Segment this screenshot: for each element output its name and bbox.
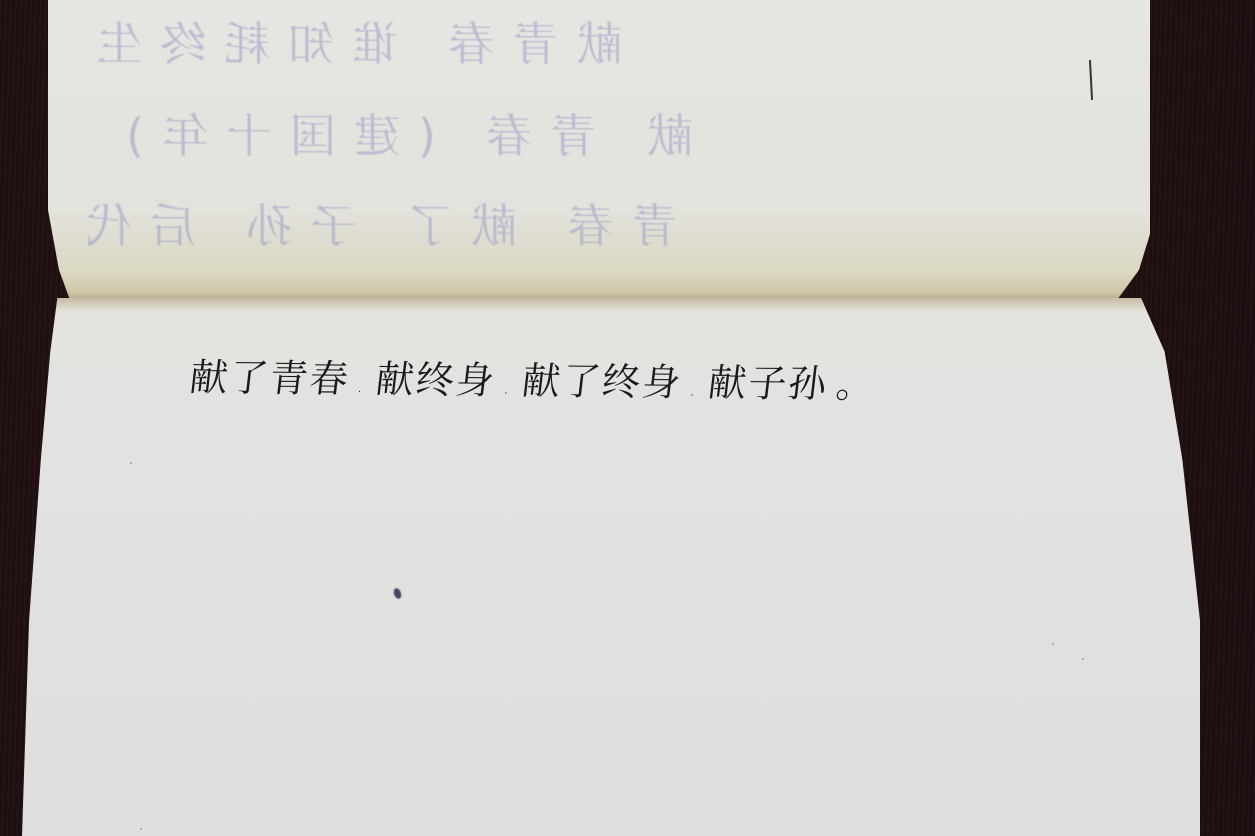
bleed-line-2: 献 青春 (建国十年) <box>108 100 693 166</box>
bleed-line-1: 献青春 谁知耗终生 <box>78 8 623 74</box>
paper-speck <box>140 828 142 830</box>
handwritten-line: 献了青春·献终身·献了终身·献子孙。 <box>187 346 888 408</box>
facing-page: 献青春 谁知耗终生 献 青春 (建国十年) 青春 献了 子孙 后代 <box>48 0 1150 300</box>
separator-dot: · <box>355 379 366 403</box>
paper-speck <box>130 462 132 464</box>
notebook-page: 献了青春·献终身·献了终身·献子孙。 <box>22 298 1200 836</box>
handwriting-segment-3: 献了终身 <box>520 350 686 407</box>
gutter-shadow <box>22 298 1200 312</box>
bleed-through-text: 献青春 谁知耗终生 献 青春 (建国十年) 青春 献了 子孙 后代 <box>48 0 1150 300</box>
separator-dot: · <box>501 381 512 405</box>
end-mark: 。 <box>834 353 880 408</box>
ink-dot <box>392 587 402 600</box>
paper-speck <box>1082 658 1084 660</box>
bleed-line-3: 青春 献了 子孙 后代 <box>68 190 678 256</box>
handwriting-segment-4: 献子孙 <box>706 352 832 408</box>
page-curl-shadow <box>48 272 1150 300</box>
handwriting-segment-1: 献了青春 <box>187 346 353 403</box>
handwriting-segment-2: 献终身 <box>373 348 499 404</box>
separator-dot: · <box>687 383 698 407</box>
paper-speck <box>1052 643 1054 645</box>
